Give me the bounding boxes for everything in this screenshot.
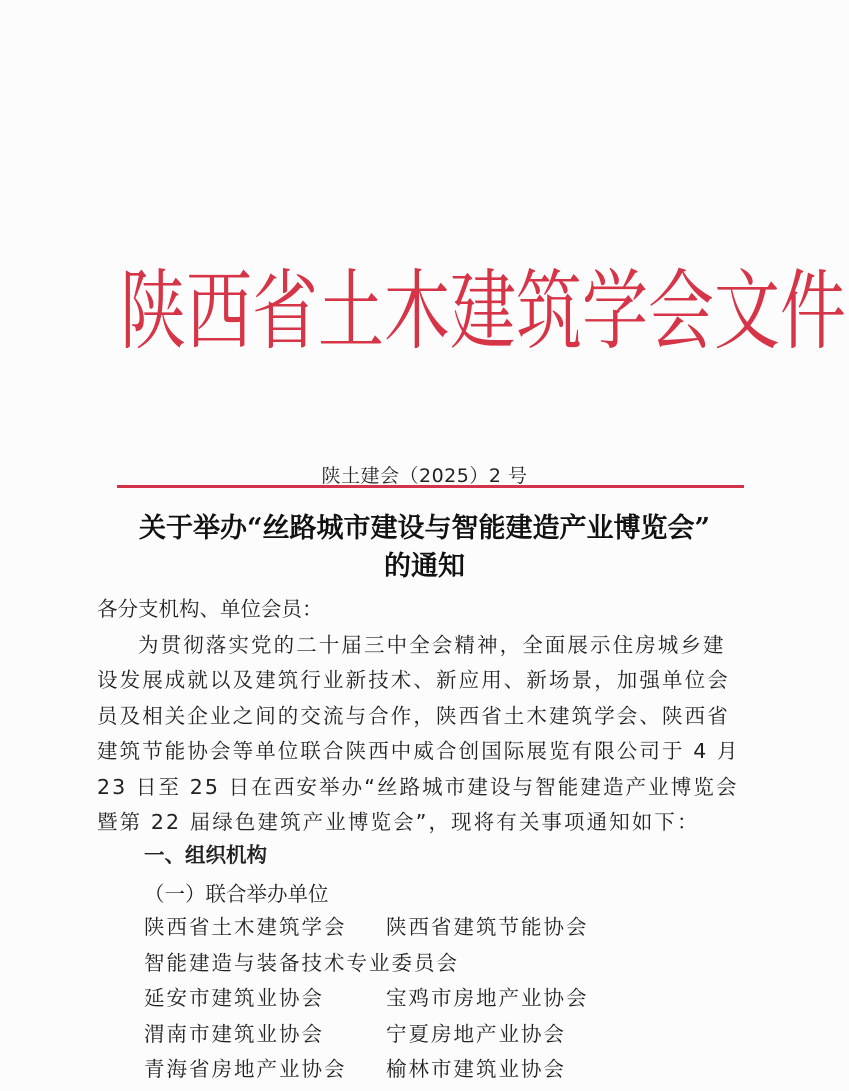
organization-name: 渭南市建筑业协会 [144, 1017, 324, 1053]
salutation: 各分支机构、单位会员： [97, 592, 757, 628]
organization-name: 陕西省土木建筑学会 [144, 910, 347, 946]
document-page: 陕 西 省 土 木 建 筑 学 会 文 件 陕土建会（2025）2 号 关于举办… [0, 0, 849, 1091]
organization-name: 陕西省建筑节能协会 [386, 910, 589, 946]
letterhead-char: 西 [186, 268, 252, 355]
organization-name: 青海省房地产业协会 [144, 1052, 347, 1088]
red-letterhead-title: 陕 西 省 土 木 建 筑 学 会 文 件 [120, 262, 740, 362]
letterhead-char: 省 [252, 268, 318, 355]
list-item: 智能建造与装备技术专业委员会 [144, 946, 704, 982]
paragraph-line: 设发展成就以及建筑行业新技术、新应用、新场景，加强单位会 [97, 663, 757, 699]
organization-name: 延安市建筑业协会 [144, 981, 324, 1017]
paragraph-line: 员及相关企业之间的交流与合作，陕西省土木建筑学会、陕西省 [97, 699, 757, 735]
letterhead-char: 陕 [120, 268, 186, 355]
co-organizer-list: 陕西省土木建筑学会 陕西省建筑节能协会 智能建造与装备技术专业委员会 延安市建筑… [144, 910, 704, 1088]
organization-name: 榆林市建筑业协会 [386, 1052, 566, 1088]
letterhead-char: 土 [318, 268, 384, 355]
notice-body: 各分支机构、单位会员： 为贯彻落实党的二十届三中全会精神，全面展示住房城乡建 设… [97, 592, 757, 841]
letterhead-char: 文 [714, 268, 780, 355]
organization-name: 宁夏房地产业协会 [386, 1017, 566, 1053]
paragraph-line: 建筑节能协会等单位联合陕西中威合创国际展览有限公司于 4 月 [97, 734, 757, 770]
notice-title: 关于举办“丝路城市建设与智能建造产业博览会” 的通知 [0, 510, 849, 586]
intro-paragraph: 为贯彻落实党的二十届三中全会精神，全面展示住房城乡建 设发展成就以及建筑行业新技… [97, 628, 757, 841]
letterhead-char: 建 [450, 268, 516, 355]
list-item: 渭南市建筑业协会 宁夏房地产业协会 [144, 1017, 704, 1053]
letterhead-char: 学 [582, 268, 648, 355]
letterhead-char: 筑 [516, 268, 582, 355]
list-item: 延安市建筑业协会 宝鸡市房地产业协会 [144, 981, 704, 1017]
paragraph-line: 暨第 22 届绿色建筑产业博览会”，现将有关事项通知如下： [97, 805, 757, 841]
section-heading-organization: 一、组织机构 [144, 838, 267, 868]
red-divider-line [117, 485, 744, 488]
notice-title-line-2: 的通知 [0, 548, 849, 586]
paragraph-line: 23 日至 25 日在西安举办“丝路城市建设与智能建造产业博览会 [97, 770, 757, 806]
list-item: 青海省房地产业协会 榆林市建筑业协会 [144, 1052, 704, 1088]
organization-name: 智能建造与装备技术专业委员会 [144, 946, 459, 982]
subsection-heading-co-organizers: （一）联合举办单位 [144, 877, 329, 907]
paragraph-line: 为贯彻落实党的二十届三中全会精神，全面展示住房城乡建 [97, 628, 757, 664]
organization-name: 宝鸡市房地产业协会 [386, 981, 589, 1017]
notice-title-line-1: 关于举办“丝路城市建设与智能建造产业博览会” [0, 510, 849, 548]
letterhead-char: 件 [780, 268, 846, 355]
list-item: 陕西省土木建筑学会 陕西省建筑节能协会 [144, 910, 704, 946]
letterhead-char: 会 [648, 268, 714, 355]
document-number: 陕土建会（2025）2 号 [0, 461, 849, 488]
letterhead-char: 木 [384, 268, 450, 355]
